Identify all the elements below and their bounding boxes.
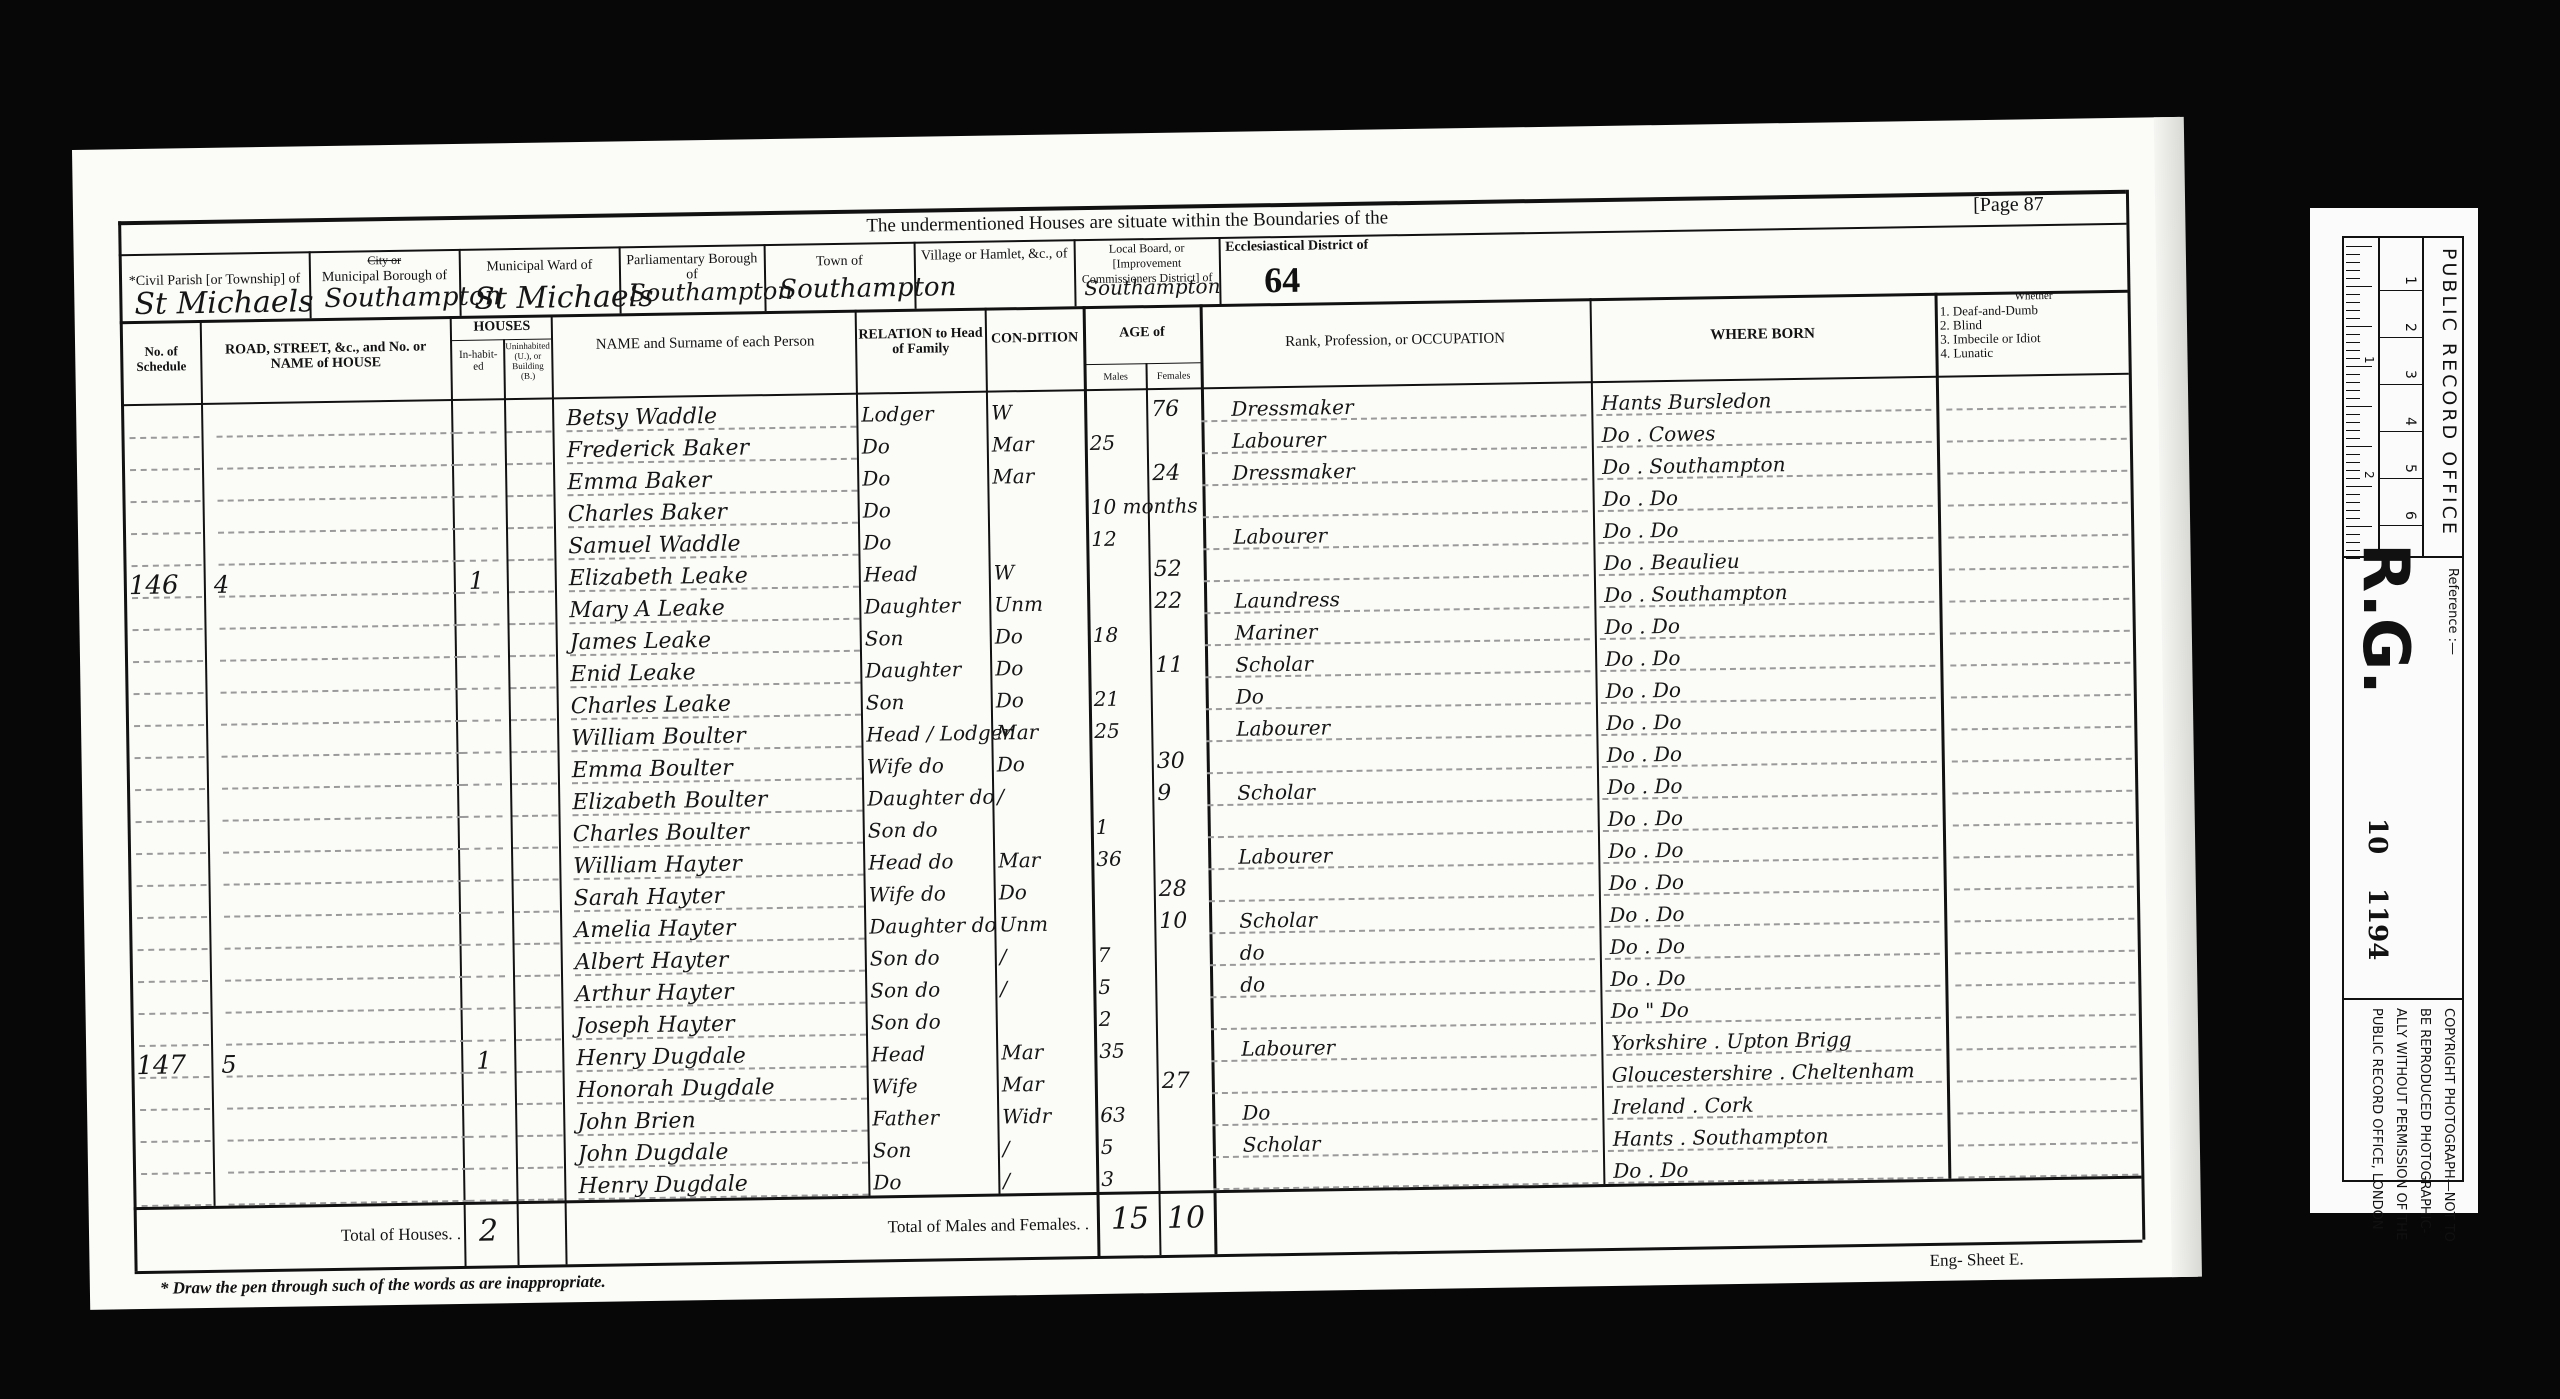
female-age-cell — [1151, 423, 1152, 455]
schedule-cell: 146 — [129, 566, 179, 599]
schedule-cell — [131, 695, 132, 727]
occupation-cell — [1240, 998, 1241, 1030]
relation-cell: Son — [873, 1131, 912, 1164]
condition-cell: Mar — [991, 425, 1033, 458]
condition-cell: Do — [995, 681, 1024, 713]
ruler-tick — [2346, 454, 2360, 455]
male-age-cell: 36 — [1096, 840, 1122, 872]
inhabited-cell — [468, 530, 469, 562]
inhabited-cell: 1 — [476, 1042, 492, 1074]
ruler-tick — [2346, 382, 2360, 383]
inhabited-cell — [468, 498, 469, 530]
condition-cell: / — [999, 937, 1006, 969]
female-age-cell — [1161, 1031, 1162, 1063]
total-houses-label: Total of Houses. . — [239, 1224, 461, 1247]
schedule-cell — [131, 727, 132, 759]
relation-cell: Son — [864, 619, 903, 652]
name-cell: Emma Baker — [567, 462, 712, 496]
ruler-cm-label: 2 — [2402, 323, 2418, 332]
occupation-cell: Dressmaker — [1231, 388, 1354, 422]
occupation-cell: Labourer — [1236, 708, 1330, 741]
where-born-cell: Yorkshire . Upton Brigg — [1611, 1020, 1852, 1056]
copyright-line: ALLY WITHOUT PERMISSION OF THE — [2393, 1008, 2408, 1240]
schedule-cell — [128, 503, 129, 535]
schedule-cell — [127, 471, 128, 503]
occupation-cell — [1241, 1062, 1242, 1094]
table-bottom-border — [135, 1240, 2143, 1275]
male-age-cell: 2 — [1098, 1000, 1111, 1032]
male-age-cell: 5 — [1098, 968, 1111, 1000]
col-uninhabited: Uninhabited (U.), or Building (B.) — [505, 341, 551, 382]
name-cell: John Dugdale — [578, 1134, 729, 1168]
female-age-cell: 30 — [1156, 743, 1184, 775]
ruler-tick — [2346, 326, 2372, 327]
schedule-cell — [133, 855, 134, 887]
ecclesiastical-district-value: 64 — [1264, 259, 1301, 302]
female-age-cell: 10 — [1159, 903, 1187, 935]
relation-cell: Wife do — [868, 874, 946, 907]
inhabited-cell: 1 — [469, 562, 485, 594]
schedule-cell — [129, 599, 130, 631]
ruler-tick — [2346, 398, 2360, 399]
male-age-cell: 18 — [1092, 616, 1118, 648]
ruler-tick — [2346, 262, 2360, 263]
village-label: Village or Hamlet, &c., of — [917, 246, 1072, 263]
relation-cell: Son do — [870, 938, 940, 971]
name-cell: John Brien — [577, 1102, 696, 1136]
where-born-cell: Do . Do — [1607, 799, 1683, 832]
ruler-tick — [2346, 470, 2360, 471]
col-age: AGE of — [1085, 324, 1199, 341]
ruler-inch-label: 1 — [2362, 356, 2376, 364]
inhabited-cell — [474, 914, 475, 946]
ruler-tick — [2346, 422, 2360, 423]
inhabited-cell — [471, 690, 472, 722]
female-age-cell: 11 — [1155, 647, 1183, 679]
condition-cell: / — [1000, 969, 1007, 1001]
female-age-cell — [1158, 839, 1159, 871]
relation-cell: Do — [862, 491, 891, 523]
ruler-cm-divider — [2378, 525, 2422, 526]
copyright-line: COPYRIGHT PHOTOGRAPH—NOT TO — [2441, 1008, 2456, 1242]
reference-card: 12345612 PUBLIC RECORD OFFICE Reference … — [2310, 208, 2478, 1213]
total-persons-label: Total of Males and Females. . — [589, 1214, 1089, 1242]
inhabited-cell — [473, 850, 474, 882]
schedule-cell: 147 — [136, 1046, 186, 1079]
inhabited-cell — [467, 466, 468, 498]
condition-cell: W — [991, 393, 1012, 425]
occupation-cell — [1237, 806, 1238, 838]
where-born-cell: Gloucestershire . Cheltenham — [1611, 1051, 1914, 1088]
occupation-cell: Scholar — [1239, 901, 1317, 934]
road-cell — [212, 438, 213, 470]
municipal-ward-label: Municipal Ward of — [462, 257, 617, 274]
inhabited-cell — [472, 786, 473, 818]
female-age-cell: 27 — [1161, 1063, 1189, 1095]
road-cell — [213, 534, 214, 566]
road-cell — [220, 982, 221, 1014]
relation-cell: Wife — [872, 1067, 918, 1100]
inhabited-cell — [472, 754, 473, 786]
occupation-cell: Scholar — [1242, 1125, 1320, 1158]
ruler-tick — [2346, 462, 2360, 463]
col-occupation: Rank, Profession, or OCCUPATION — [1205, 330, 1585, 351]
road-cell — [219, 918, 220, 950]
ruler-tick — [2346, 302, 2360, 303]
condition-cell: Mar — [998, 841, 1040, 874]
road-cell — [218, 854, 219, 886]
female-age-cell: 9 — [1157, 775, 1172, 807]
parliamentary-borough-value: Southampton — [629, 277, 793, 308]
male-age-cell: 1 — [1095, 808, 1108, 840]
occupation-cell: do — [1240, 965, 1265, 997]
ruler-tick — [2346, 502, 2360, 503]
where-born-cell: Do . Beaulieu — [1603, 542, 1739, 576]
male-age-cell — [1092, 584, 1093, 616]
ruler-tick — [2346, 446, 2372, 447]
condition-cell: Do — [998, 873, 1027, 905]
female-age-cell — [1159, 935, 1160, 967]
schedule-cell — [128, 535, 129, 567]
female-age-cell — [1162, 1095, 1163, 1127]
relation-cell: Son do — [867, 810, 937, 843]
road-cell — [217, 790, 218, 822]
ruler-cm-divider — [2378, 478, 2422, 479]
name-cell: Amelia Hayter — [574, 910, 736, 945]
where-born-cell: Do . Do — [1609, 895, 1685, 928]
occupation-cell: Scholar — [1237, 773, 1315, 806]
copyright-line: PUBLIC RECORD OFFICE, LONDON — [2369, 1008, 2384, 1230]
inhabited-cell — [473, 818, 474, 850]
occupation-cell — [1243, 1158, 1244, 1190]
where-born-cell: Do . Do — [1607, 767, 1683, 800]
occupation-cell: Mariner — [1234, 613, 1317, 646]
ruler-tick — [2346, 342, 2360, 343]
copyright-line: BE REPRODUCED PHOTOGRAPHIC- — [2417, 1008, 2432, 1233]
col-relation: RELATION to Head of Family — [858, 326, 983, 358]
town-label: Town of — [767, 253, 912, 270]
relation-cell: Do — [861, 427, 890, 459]
where-born-cell: Do . Do — [1610, 959, 1686, 992]
road-cell — [217, 758, 218, 790]
condition-cell: Do — [994, 617, 1023, 649]
occupation-cell: Labourer — [1231, 420, 1325, 453]
road-cell — [215, 662, 216, 694]
male-age-cell — [1095, 776, 1096, 808]
reference-item: 1194 — [2362, 888, 2392, 960]
ruler-cm-label: 5 — [2402, 464, 2418, 473]
female-age-cell — [1156, 711, 1157, 743]
male-age-cell: 10 months — [1090, 486, 1197, 520]
where-born-cell: Do . Do — [1605, 671, 1681, 704]
occupation-cell — [1238, 870, 1239, 902]
city-label-struck: City or — [312, 252, 457, 269]
col-females: Females — [1148, 368, 1200, 384]
inhabited-cell — [471, 722, 472, 754]
inhabited-cell — [477, 1106, 478, 1138]
road-cell — [218, 822, 219, 854]
ruler-tick — [2346, 334, 2360, 335]
schedule-cell — [135, 951, 136, 983]
col-infirmity: Whether 1. Deaf-and-Dumb2. Blind3. Imbec… — [1939, 288, 2128, 361]
condition-cell: Unm — [999, 905, 1048, 938]
condition-cell: Do — [995, 649, 1024, 681]
condition-cell: / — [1003, 1161, 1010, 1193]
where-born-cell: Do . Do — [1613, 1151, 1689, 1184]
male-age-cell: 5 — [1100, 1128, 1113, 1160]
road-cell — [221, 1014, 222, 1046]
road-cell — [222, 1110, 223, 1142]
where-born-cell: Do . Do — [1606, 703, 1682, 736]
ruler-tick — [2346, 494, 2360, 495]
condition-cell: Mar — [996, 713, 1038, 746]
ruler-tick — [2346, 534, 2360, 535]
col-road: ROAD, STREET, &c., and No. or NAME of HO… — [203, 339, 448, 373]
where-born-cell: Do " Do — [1610, 991, 1689, 1024]
inhabited-cell — [478, 1170, 479, 1202]
road-cell — [214, 598, 215, 630]
ruler-tick — [2346, 478, 2360, 479]
civil-parish-value: St Michaels — [134, 284, 314, 322]
reference-label: Reference :— — [2445, 568, 2460, 655]
ruler-tick — [2346, 486, 2372, 487]
occupation-cell: Dressmaker — [1232, 452, 1355, 486]
male-age-cell: 63 — [1100, 1096, 1126, 1128]
where-born-cell: Hants . Southampton — [1612, 1117, 1828, 1152]
inhabited-cell — [474, 882, 475, 914]
where-born-cell: Do . Do — [1606, 735, 1682, 768]
relation-cell: Daughter — [864, 586, 960, 620]
ruler-tick — [2346, 358, 2360, 359]
ruler-tick — [2346, 278, 2360, 279]
schedule-cell — [130, 631, 131, 663]
relation-cell: Son do — [870, 970, 940, 1003]
male-age-cell: 7 — [1097, 936, 1110, 968]
relation-cell: Daughter do — [869, 906, 997, 940]
schedule-cell — [137, 1111, 138, 1143]
ruler-cm-label: 6 — [2402, 511, 2418, 520]
name-cell: Albert Hayter — [575, 942, 729, 976]
inhabited-cell — [470, 658, 471, 690]
public-record-office-label: PUBLIC RECORD OFFICE — [2438, 248, 2460, 537]
male-age-cell: 25 — [1094, 712, 1120, 744]
relation-cell: Father — [872, 1099, 939, 1132]
ruler-tick — [2346, 366, 2372, 367]
male-age-cell — [1097, 904, 1098, 936]
condition-cell — [997, 810, 998, 842]
ruler-tick — [2346, 438, 2360, 439]
municipal-ward-value: St Michaels — [474, 279, 654, 317]
ruler-cm-divider — [2378, 384, 2422, 385]
col-name: NAME and Surname of each Person — [575, 334, 835, 353]
road-cell — [219, 886, 220, 918]
relation-cell: Head / Lodger — [866, 713, 1012, 747]
sheet-label: Eng- Sheet E. — [1930, 1249, 2024, 1270]
female-age-cell: 52 — [1153, 551, 1181, 583]
total-houses-value: 2 — [479, 1213, 499, 1248]
male-age-cell: 3 — [1101, 1160, 1114, 1192]
condition-cell: Mar — [1001, 1033, 1043, 1066]
ruler-cm-divider — [2378, 290, 2422, 291]
inhabited-cell — [469, 594, 470, 626]
female-age-cell — [1157, 807, 1158, 839]
ruler-tick — [2346, 390, 2360, 391]
name-cell: Sarah Hayter — [574, 878, 725, 912]
condition-cell: Unm — [994, 585, 1043, 618]
relation-cell: Do — [873, 1163, 902, 1195]
female-age-cell — [1160, 967, 1161, 999]
total-males-value: 15 — [1111, 1201, 1150, 1237]
footnote: * Draw the pen through such of the words… — [160, 1272, 606, 1299]
ruler-tick — [2346, 310, 2360, 311]
male-age-cell — [1089, 392, 1090, 424]
relation-cell: Do — [862, 459, 891, 491]
female-age-cell: 24 — [1152, 455, 1180, 487]
schedule-cell — [133, 823, 134, 855]
name-cell: Charles Baker — [567, 494, 727, 528]
condition-cell: Mar — [992, 457, 1034, 490]
relation-cell: Daughter — [865, 650, 961, 684]
col-where-born: WHERE BORN — [1595, 325, 1930, 345]
occupation-cell: Labourer — [1241, 1028, 1335, 1061]
where-born-cell: Do . Do — [1602, 479, 1678, 512]
schedule-cell — [136, 1015, 137, 1047]
relation-cell: Lodger — [861, 395, 934, 428]
occupation-cell: Do — [1235, 677, 1264, 709]
ruler-tick — [2346, 406, 2372, 407]
road-cell — [222, 1078, 223, 1110]
col-houses: HOUSES — [453, 319, 551, 336]
col-males: Males — [1086, 369, 1146, 385]
inhabited-cell — [478, 1138, 479, 1170]
male-age-cell — [1096, 872, 1097, 904]
ruler-tick — [2346, 430, 2360, 431]
ruler-cm-label: 3 — [2402, 370, 2418, 379]
infirmity-option: 4. Lunatic — [1940, 344, 2128, 361]
road-cell: 4 — [214, 566, 230, 598]
male-age-cell — [1090, 456, 1091, 488]
road-cell — [220, 950, 221, 982]
female-age-cell — [1160, 999, 1161, 1031]
inhabited-cell — [466, 402, 467, 434]
condition-cell: Widr — [1002, 1097, 1051, 1130]
female-age-cell — [1154, 615, 1155, 647]
where-born-cell: Do . Do — [1608, 863, 1684, 896]
female-age-cell: 28 — [1158, 871, 1186, 903]
local-board-value: Southampton — [1084, 274, 1221, 300]
ruler-cm-label: 1 — [2402, 276, 2418, 285]
name-cell: Mary A Leake — [569, 590, 725, 624]
schedule-cell — [132, 791, 133, 823]
schedule-cell — [127, 439, 128, 471]
inhabited-cell — [467, 434, 468, 466]
copyright-top — [2342, 998, 2462, 1000]
female-age-cell: 76 — [1151, 391, 1179, 423]
male-age-cell: 25 — [1089, 424, 1115, 456]
ruler-cm-label: 4 — [2402, 417, 2418, 426]
relation-cell: Head — [863, 555, 918, 588]
name-cell: Betsy Waddle — [566, 398, 717, 432]
occupation-cell — [1236, 742, 1237, 774]
road-cell — [215, 630, 216, 662]
female-age-cell: 22 — [1154, 583, 1182, 615]
where-born-cell: Do . Southampton — [1602, 445, 1786, 480]
schedule-cell — [134, 919, 135, 951]
relation-cell: Son do — [871, 1002, 941, 1035]
reference-series: R.G. — [2348, 543, 2422, 695]
relation-cell: Do — [863, 523, 892, 555]
male-age-cell — [1093, 648, 1094, 680]
inhabited-cell — [475, 978, 476, 1010]
female-age-cell — [1162, 1127, 1163, 1159]
ruler-tick — [2346, 294, 2360, 295]
road-cell — [212, 470, 213, 502]
inhabited-cell — [476, 1010, 477, 1042]
name-cell: Charles Leake — [571, 686, 732, 721]
ruler-tick — [2346, 286, 2372, 287]
condition-cell: W — [993, 553, 1014, 585]
name-cell: Joseph Hayter — [576, 1006, 735, 1040]
where-born-cell: Do . Do — [1605, 639, 1681, 672]
ruler-divider — [2422, 236, 2424, 556]
schedule-cell — [132, 759, 133, 791]
ruler-divider — [2378, 236, 2380, 556]
occupation-cell: Do — [1242, 1093, 1271, 1125]
condition-cell — [993, 522, 994, 554]
where-born-cell: Do . Do — [1609, 927, 1685, 960]
census-page: The undermentioned Houses are situate wi… — [72, 117, 2198, 1310]
condition-cell: Mar — [1001, 1065, 1043, 1098]
where-born-cell: Do . Do — [1608, 831, 1684, 864]
female-age-cell — [1163, 1159, 1164, 1191]
name-cell: Arthur Hayter — [575, 974, 734, 1008]
where-born-cell: Ireland . Cork — [1612, 1086, 1754, 1120]
female-age-cell — [1153, 519, 1154, 551]
schedule-cell — [134, 887, 135, 919]
occupation-cell: do — [1239, 933, 1264, 965]
road-cell — [216, 726, 217, 758]
where-born-cell: Hants Bursledon — [1601, 381, 1772, 416]
where-born-cell: Do . Southampton — [1604, 573, 1788, 608]
ruler-tick — [2346, 374, 2360, 375]
name-cell: James Leake — [570, 622, 712, 656]
relation-cell: Head do — [868, 842, 954, 875]
relation-cell: Son — [865, 683, 904, 716]
inhabited-cell — [475, 946, 476, 978]
schedule-cell — [138, 1175, 139, 1207]
occupation-cell — [1232, 486, 1233, 518]
ecclesiastical-district-label: Ecclesiastical District of — [1222, 238, 1372, 255]
inhabited-cell — [470, 626, 471, 658]
town-value: Southampton — [779, 272, 957, 305]
ruler-tick — [2346, 414, 2360, 415]
ruler-inch-label: 2 — [2362, 471, 2376, 479]
reference-piece: 10 — [2362, 818, 2392, 854]
ruler-cm-divider — [2378, 431, 2422, 432]
age-rule — [1084, 362, 1200, 365]
ruler-tick — [2346, 254, 2360, 255]
name-cell: Emma Boulter — [572, 750, 733, 785]
road-cell: 5 — [221, 1046, 237, 1078]
male-age-cell — [1091, 552, 1092, 584]
ruler-tick — [2346, 318, 2360, 319]
page-edge — [2154, 117, 2202, 1277]
where-born-cell: Do . Do — [1603, 511, 1679, 544]
relation-cell: Wife do — [866, 746, 944, 779]
condition-cell: Do — [996, 745, 1025, 777]
male-age-cell: 21 — [1093, 680, 1119, 712]
col-condition: CON-DITION — [987, 330, 1082, 346]
